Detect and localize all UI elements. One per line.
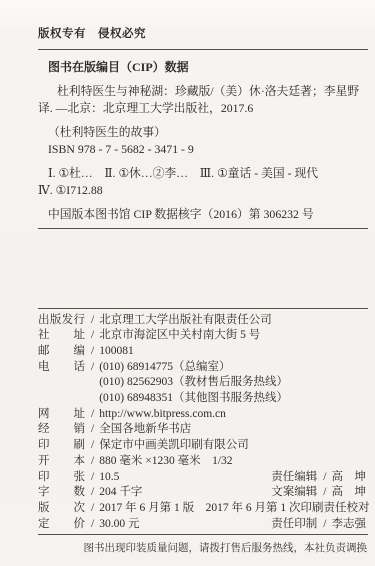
staff-value: 高 坤 [332, 486, 367, 498]
pub-value: 880 毫米 ×1230 毫米 1/32 [99, 455, 232, 467]
staff-value: 高 坤 [332, 471, 367, 483]
pub-value: 2017 年 6 月第 1 版 2017 年 6 月第 1 次印刷 [99, 502, 323, 514]
series-note: （杜利特医生的故事） [38, 124, 368, 141]
pub-label: 印刷 [38, 438, 85, 454]
pub-label: 经销 [38, 422, 85, 438]
pub-row-price: 定价/30.00 元 责任印制/李志强 [38, 517, 368, 533]
staff-label: 责任印制 [271, 517, 317, 533]
pub-row-address: 社址/北京市海淀区中关村南大街 5 号 [38, 328, 368, 344]
cip-entry-line-1: 杜利特医生与神秘湖：珍藏版/（美）休·洛夫廷著；李星野 [38, 83, 368, 100]
separator: / [323, 470, 326, 486]
separator: / [91, 360, 94, 376]
staff-row-copy-editor: 文案编辑/高 坤 [271, 485, 368, 501]
pub-row-phone-2: /(010) 82562903（教材售后服务热线） [38, 375, 368, 391]
pub-value: 北京市海淀区中关村南大街 5 号 [99, 329, 260, 341]
pub-value: 北京理工大学出版社有限责任公司 [99, 314, 272, 326]
copyright-notice: 版权专有 侵权必究 [38, 27, 368, 41]
cip-section-title: 图书在版编目（CIP）数据 [38, 60, 368, 75]
separator: / [323, 485, 326, 501]
staff-label: 文案编辑 [271, 485, 317, 501]
separator: / [91, 438, 94, 454]
staff-row-print-supervisor: 责任印制/李志强 [271, 517, 368, 533]
pub-value: 全国各地新华书店 [99, 423, 191, 435]
pub-value: (010) 68914775（总编室） [99, 361, 230, 373]
pub-left-cell: 版次/2017 年 6 月第 1 版 2017 年 6 月第 1 次印刷 [38, 501, 323, 517]
pub-value: 204 千字 [99, 486, 142, 498]
blank-gap [38, 229, 368, 308]
copyright-page: 版权专有 侵权必究 图书在版编目（CIP）数据 杜利特医生与神秘湖：珍藏版/（美… [0, 0, 375, 566]
pub-label: 定价 [38, 517, 85, 533]
cip-entry-line-2: 译. —北京：北京理工大学出版社，2017.6 [38, 100, 368, 117]
pub-value: (010) 82562903（教材售后服务热线） [99, 376, 288, 388]
pub-value: 保定市中画美凯印刷有限公司 [99, 439, 249, 451]
pub-label: 开本 [38, 454, 85, 470]
separator: / [91, 454, 94, 470]
pub-value: (010) 68948351（其他图书服务热线） [99, 392, 288, 404]
pub-label: 字数 [38, 485, 85, 501]
pub-row-edition: 版次/2017 年 6 月第 1 版 2017 年 6 月第 1 次印刷 责任校… [38, 501, 368, 517]
pub-value: 100081 [99, 345, 134, 357]
pub-row-publisher: 出版发行/北京理工大学出版社有限责任公司 [38, 313, 368, 329]
pub-label: 电话 [38, 360, 85, 376]
pub-row-distribution: 经销/全国各地新华书店 [38, 422, 368, 438]
cip-record-number: 中国版本图书馆 CIP 数据核字（2016）第 306232 号 [38, 206, 368, 223]
staff-label: 责任编辑 [271, 470, 317, 486]
divider-middle-2 [38, 308, 368, 309]
pub-row-website: 网址/http://www.bitpress.com.cn [38, 407, 368, 423]
pub-row-printer: 印刷/保定市中画美凯印刷有限公司 [38, 438, 368, 454]
pub-row-wordcount: 字数/204 千字 文案编辑/高 坤 [38, 485, 368, 501]
separator: / [91, 501, 94, 517]
pub-left-cell: 定价/30.00 元 [38, 517, 139, 533]
pub-row-postcode: 邮编/100081 [38, 344, 368, 360]
separator: / [91, 344, 94, 360]
divider-bottom [38, 534, 368, 535]
separator: / [323, 517, 326, 533]
pub-row-sheets: 印张/10.5 责任编辑/高 坤 [38, 470, 368, 486]
staff-label: 责任校对 [323, 501, 369, 517]
pub-label: 邮编 [38, 344, 85, 360]
pub-label: 网址 [38, 407, 85, 423]
staff-row-proofreader: 责任校对/周瑞红 [323, 501, 375, 517]
classification-line-1: Ⅰ. ①杜… Ⅱ. ①休…②李… Ⅲ. ①童话 - 美国 - 现代 [38, 165, 368, 182]
cip-entry: 杜利特医生与神秘湖：珍藏版/（美）休·洛夫廷著；李星野 译. —北京：北京理工大… [38, 83, 368, 223]
pub-value: 10.5 [99, 471, 119, 483]
pub-left-cell: 印张/10.5 [38, 470, 119, 486]
pub-row-phone-1: 电话/(010) 68914775（总编室） [38, 360, 368, 376]
quality-service-note: 图书出现印装质量问题，请拨打售后服务热线，本社负责调换 [38, 542, 368, 556]
separator: / [91, 407, 94, 423]
pub-label: 社址 [38, 328, 85, 344]
divider-top [38, 49, 368, 50]
separator: / [91, 313, 94, 329]
pub-row-phone-3: /(010) 68948351（其他图书服务热线） [38, 391, 368, 407]
separator: / [91, 470, 94, 486]
separator: / [91, 422, 94, 438]
website-url: http://www.bitpress.com.cn [99, 408, 226, 420]
pub-label: 版次 [38, 501, 85, 517]
pub-row-format: 开本/880 毫米 ×1230 毫米 1/32 [38, 454, 368, 470]
isbn-number: ISBN 978 - 7 - 5682 - 3471 - 9 [38, 141, 368, 158]
pub-value: 30.00 元 [99, 518, 139, 530]
pub-label: 印张 [38, 470, 85, 486]
staff-row-editor: 责任编辑/高 坤 [271, 470, 368, 486]
staff-value: 李志强 [332, 518, 367, 530]
pub-label: 出版发行 [38, 313, 85, 329]
publication-info: 出版发行/北京理工大学出版社有限责任公司 社址/北京市海淀区中关村南大街 5 号… [38, 313, 368, 533]
classification-line-2: Ⅳ. ①I712.88 [38, 182, 368, 199]
separator: / [91, 517, 94, 533]
separator: / [91, 485, 94, 501]
pub-left-cell: 字数/204 千字 [38, 485, 142, 501]
separator: / [91, 328, 94, 344]
